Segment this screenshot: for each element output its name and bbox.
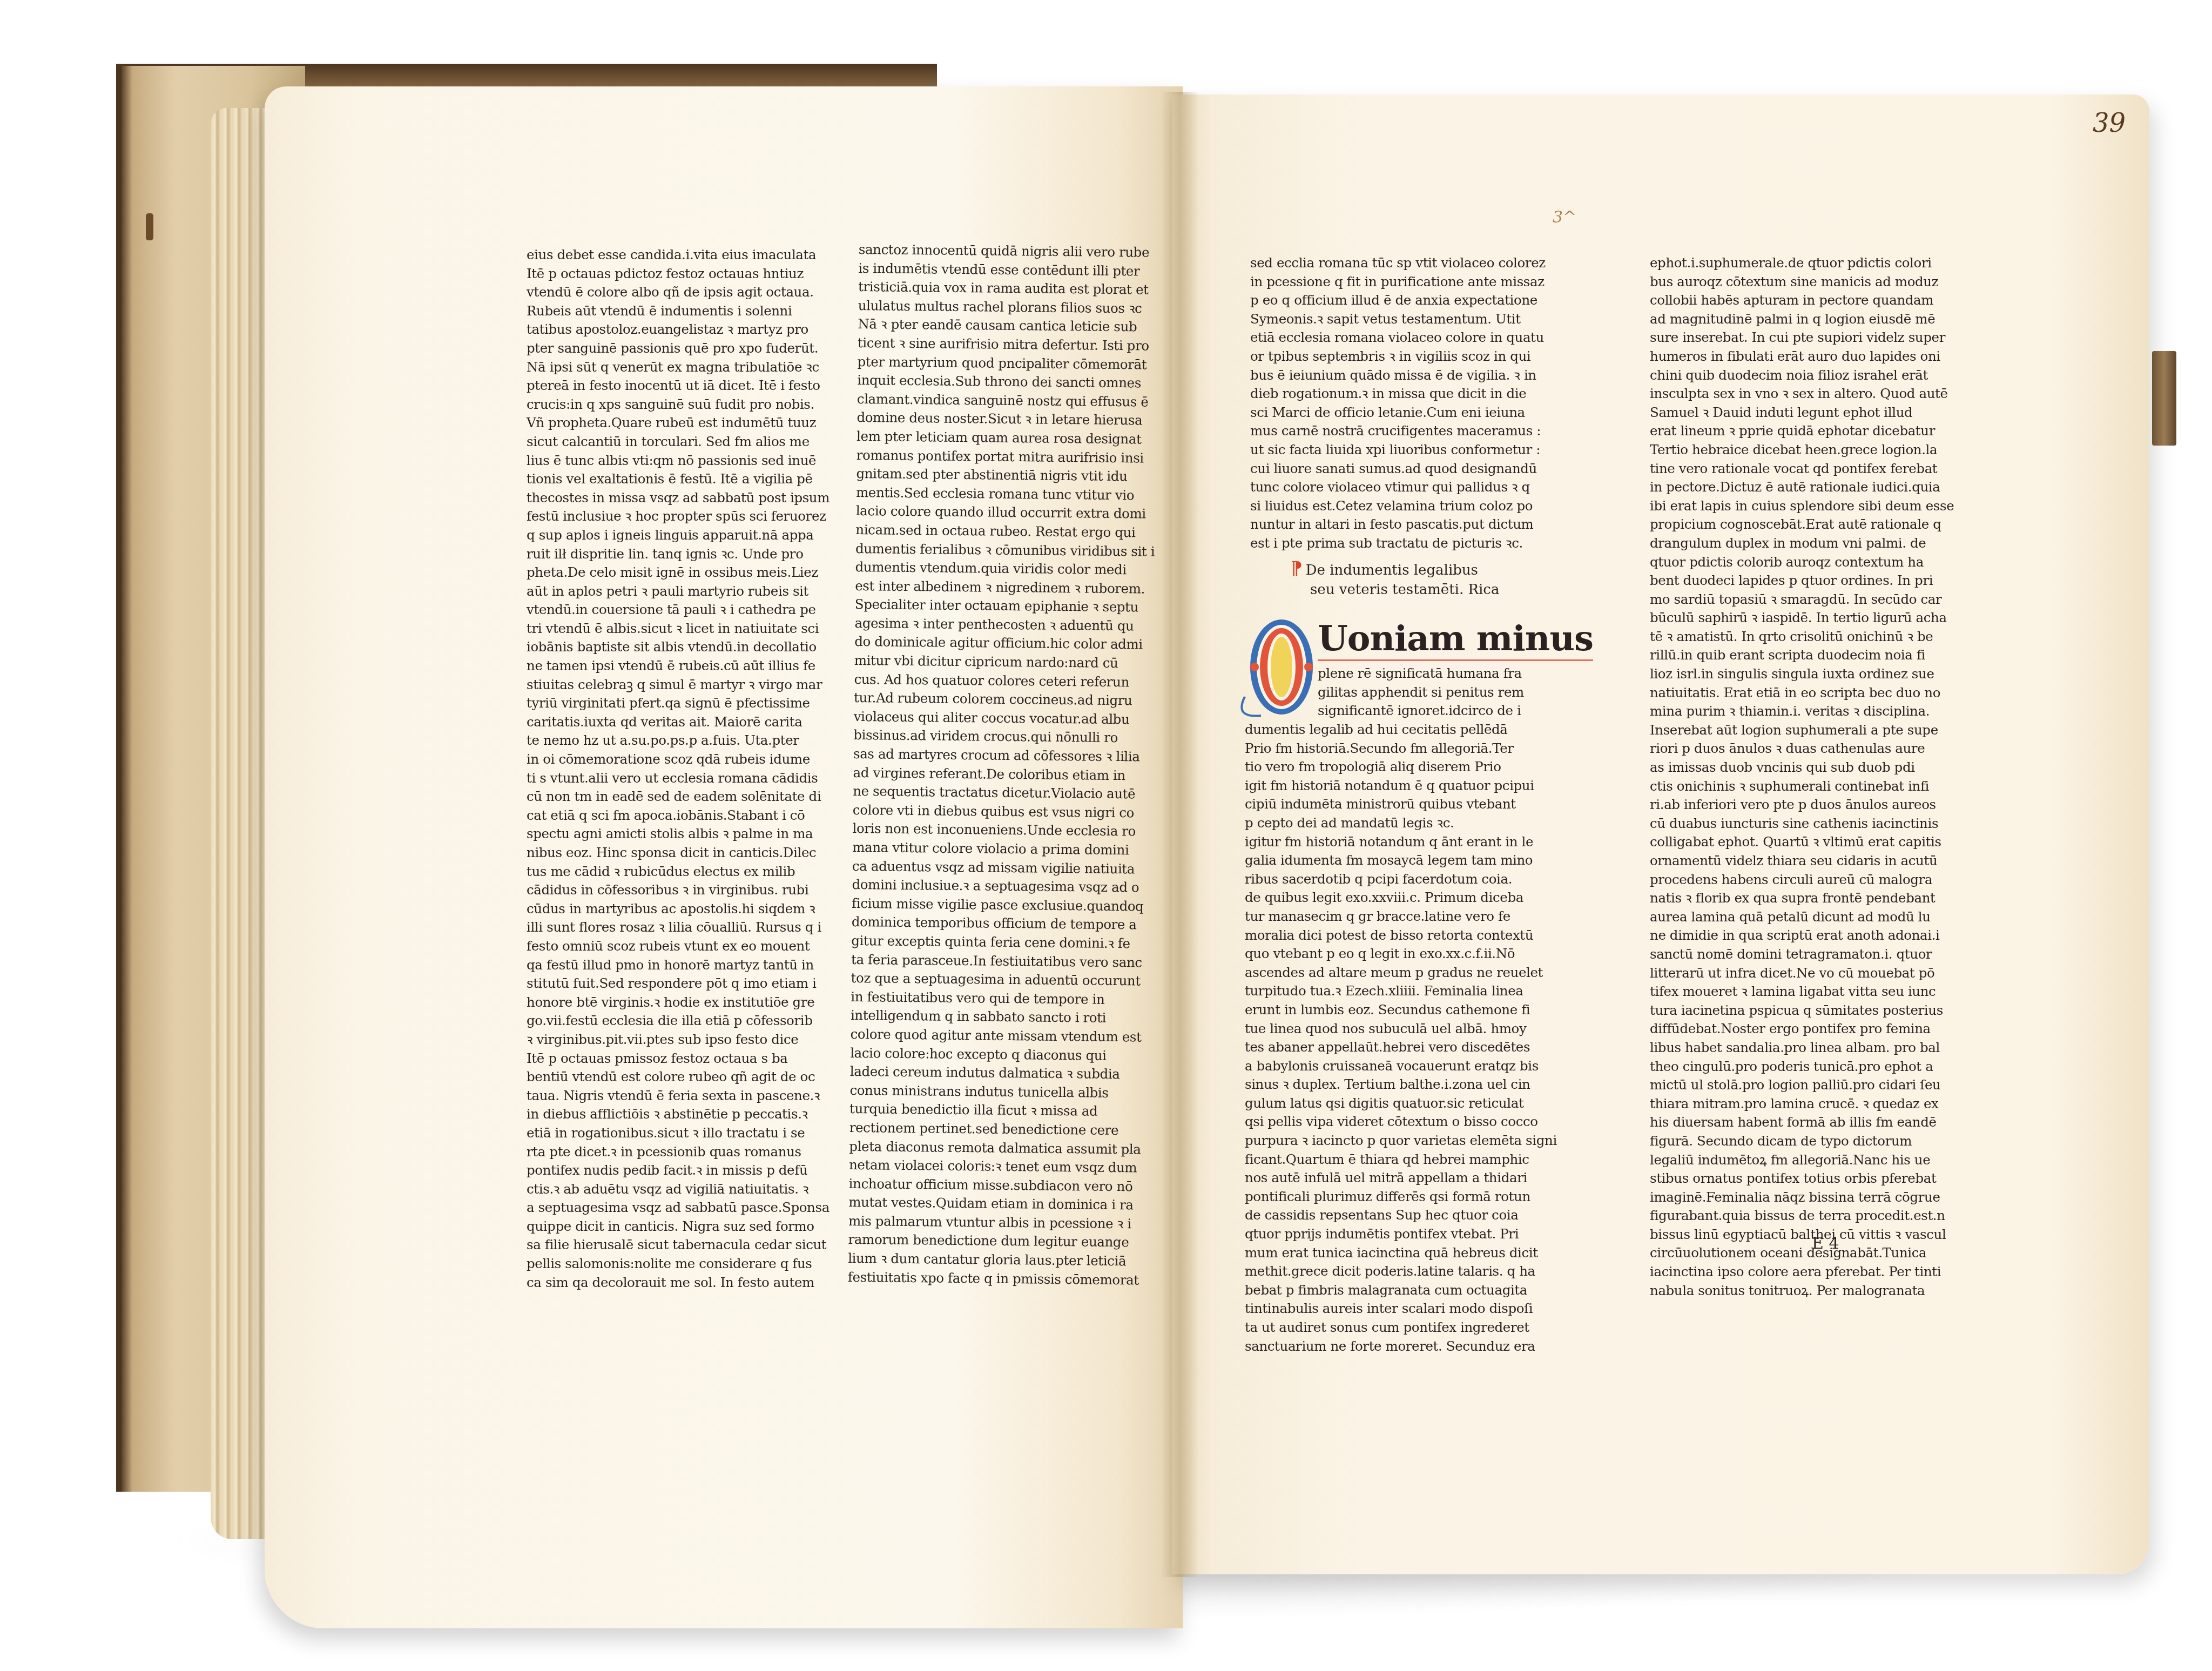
right-page-column-1-body: dumentis legalib ad hui cecitatis pellēd… [1245, 720, 1557, 1356]
signature-mark: E 4 [1812, 1234, 1839, 1253]
right-page-column-1-indented: plene rē significatā humana fra gilitas … [1318, 664, 1524, 720]
incipit-heading: Uoniam minus [1318, 618, 1593, 661]
rubric-heading: ⁋De indumentis legalibus seu veteris tes… [1291, 559, 1499, 599]
left-page-column-2: sanctoz innocentū quidā nigris alii vero… [848, 240, 1158, 1290]
illuminated-initial-q-icon [1239, 616, 1315, 718]
left-page-column-1: eius debet esse candida.i.vita eius imac… [527, 246, 829, 1292]
right-page-column-2: ephot.i.suphumerale.de qtuor pdictis col… [1650, 254, 1954, 1300]
folio-number: 39 [2093, 108, 2126, 138]
pencil-foliation: 3^ [1553, 208, 1576, 227]
book-gutter [1161, 92, 1199, 1577]
leather-page-tab-icon [2152, 351, 2176, 446]
rubric-heading-line-1: De indumentis legalibus [1306, 562, 1478, 578]
cover-stain-mark [146, 213, 153, 240]
rubric-heading-line-2: seu veteris testamēti. Rica [1291, 582, 1499, 598]
right-page-column-1-top: sed ecclia romana tūc sp vtit violaceo c… [1250, 254, 1546, 553]
paragraph-mark-icon: ⁋ [1291, 558, 1303, 580]
